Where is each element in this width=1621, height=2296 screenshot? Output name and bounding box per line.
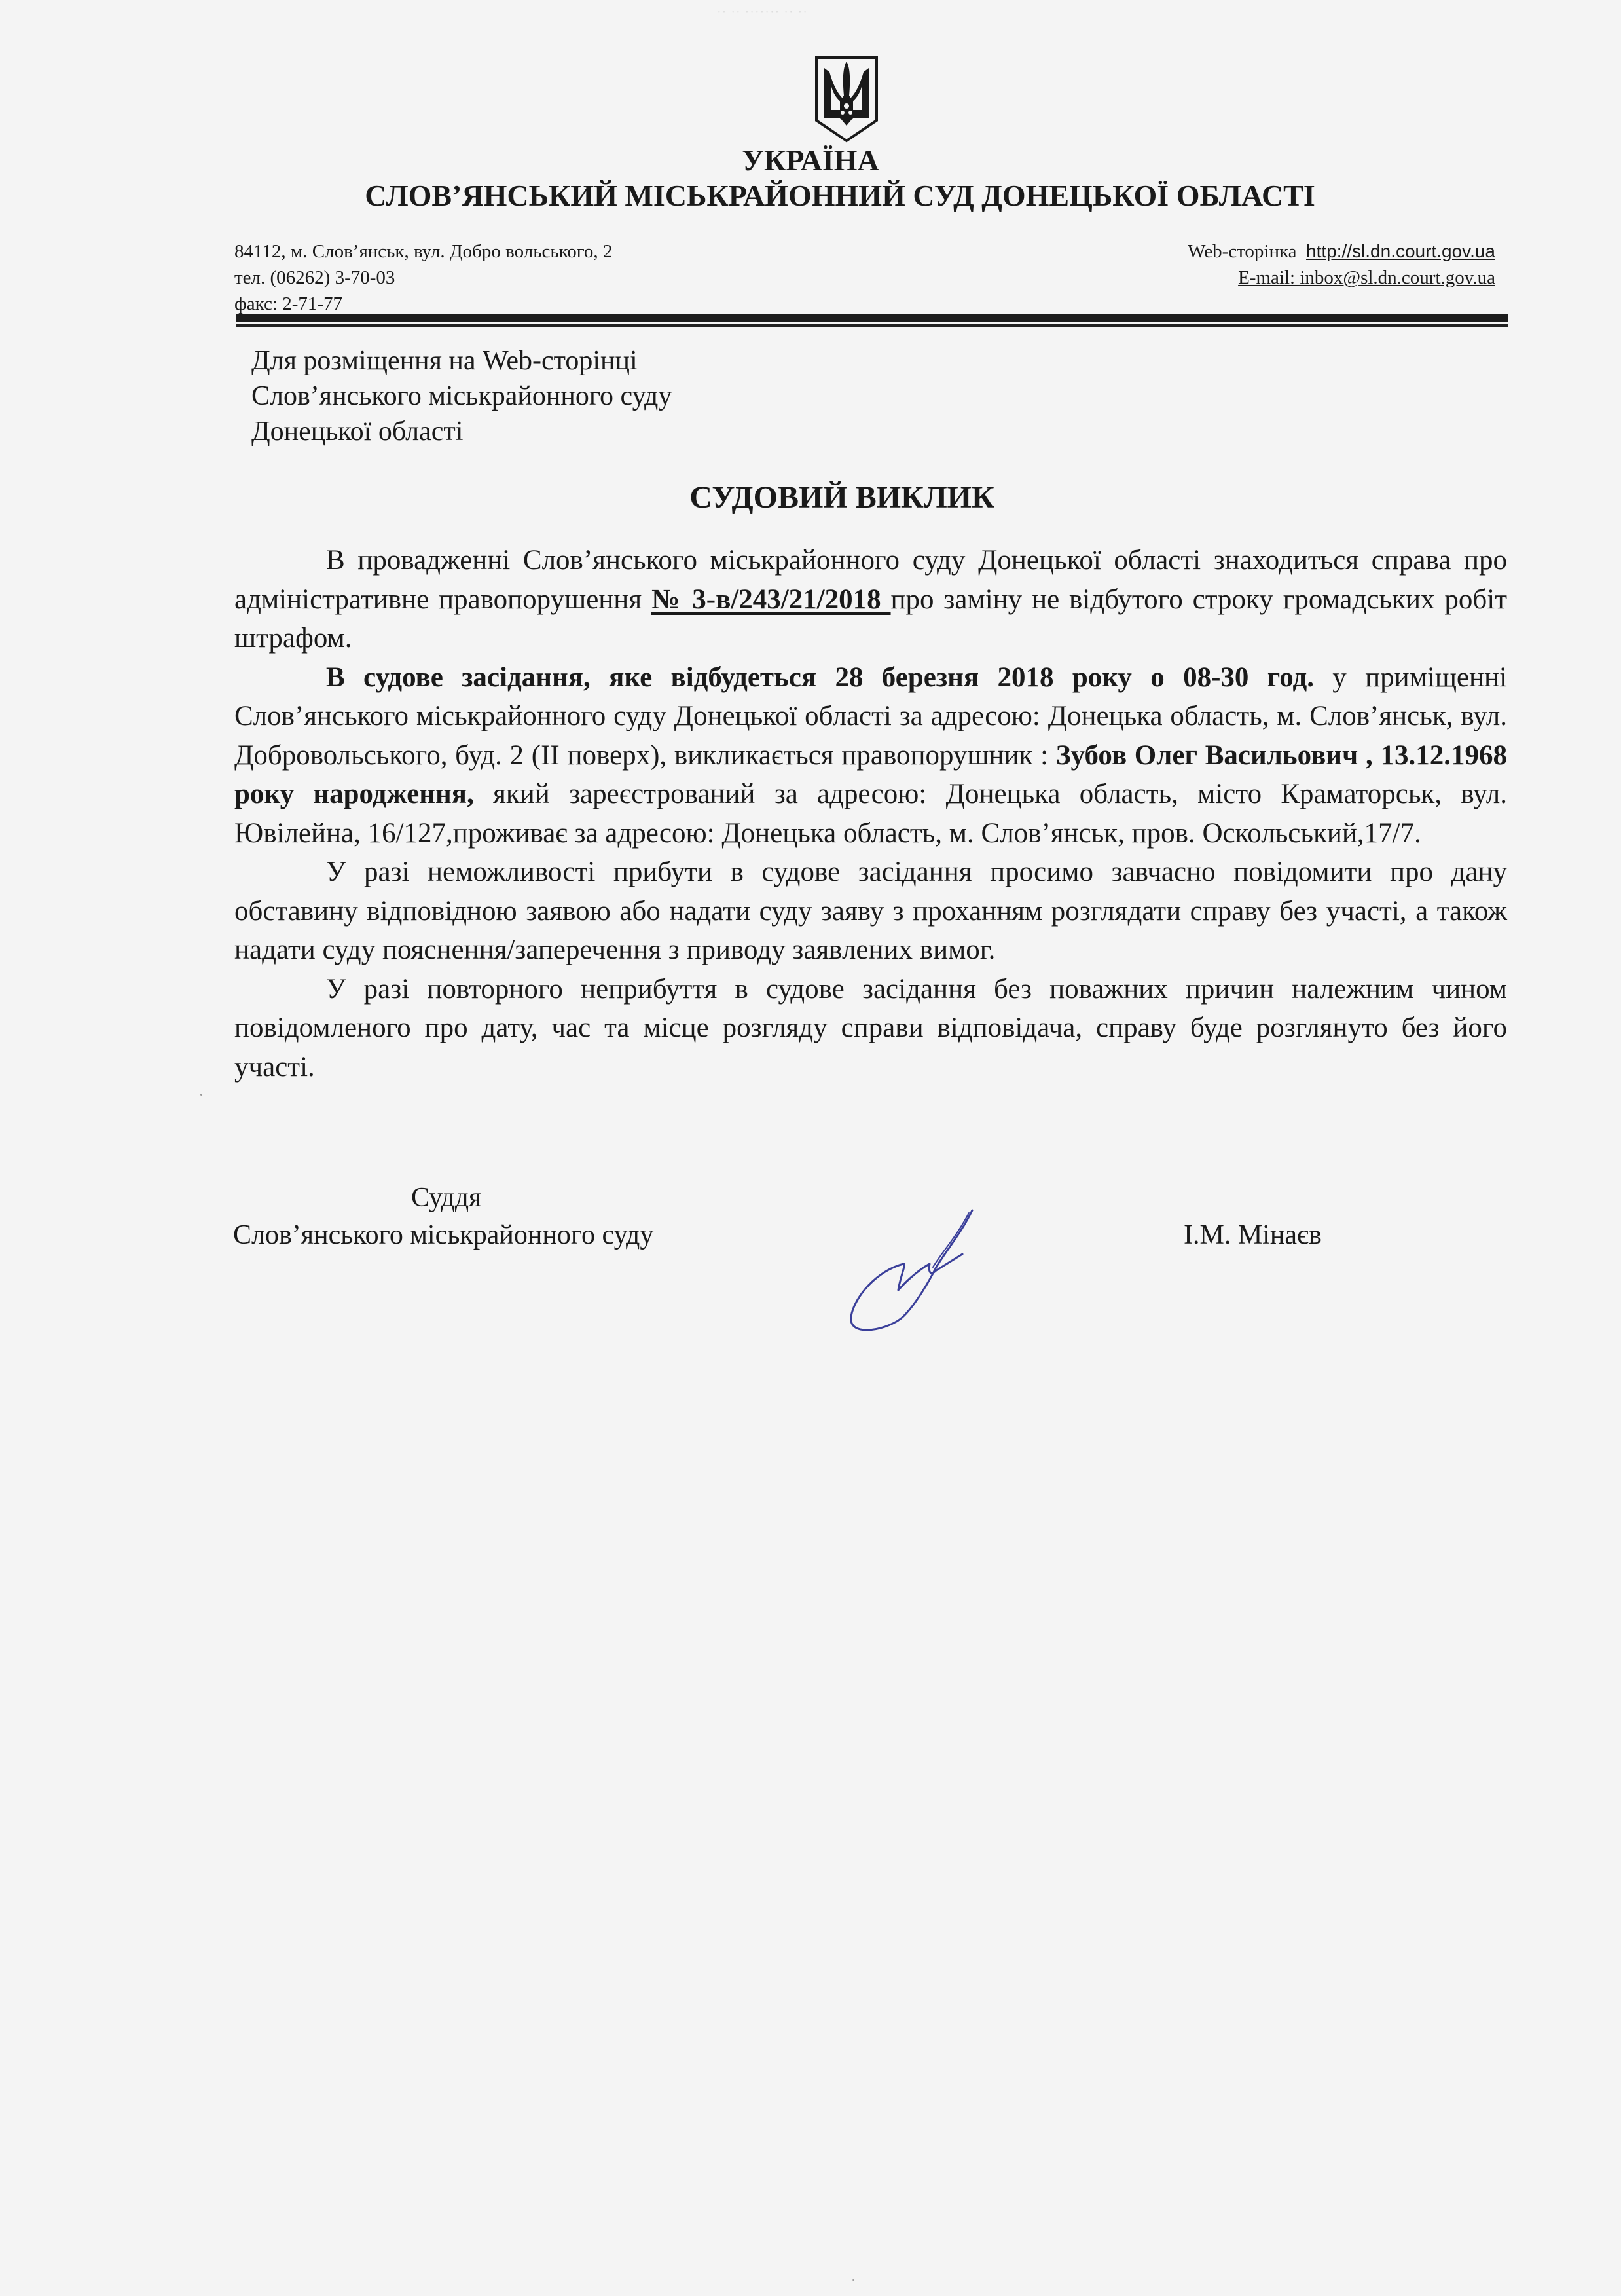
- paragraph-absence-notice: У разі неможливості прибути в судове зас…: [234, 853, 1507, 970]
- court-contacts-left: 84112, м. Слов’янськ, вул. Добро вольськ…: [234, 238, 612, 317]
- recipient-block: Для розміщення на Web-сторінці Слов’янсь…: [251, 343, 672, 449]
- coat-of-arms-trident-icon: [814, 55, 879, 143]
- faint-scan-mark: ·· ·· ······· ·· ··: [717, 5, 808, 20]
- scan-speck: [852, 2279, 854, 2281]
- signer-name: І.М. Мінаєв: [1184, 1219, 1322, 1251]
- recipient-line: Слов’янського міськрайонного суду: [251, 379, 672, 414]
- paragraph-hearing: В судове засідання, яке відбудеться 28 б…: [234, 658, 1507, 853]
- case-number: № 3-в/243/21/2018: [651, 584, 891, 615]
- paragraph-repeat-absence: У разі повторного неприбуття в судове за…: [234, 970, 1507, 1087]
- website-link[interactable]: http://sl.dn.court.gov.ua: [1306, 241, 1495, 261]
- scan-speck: [200, 1094, 202, 1096]
- document-body: В провадженні Слов’янського міськрайонно…: [234, 541, 1507, 1086]
- recipient-line: Донецької області: [251, 414, 672, 449]
- header-divider-thick: [236, 314, 1508, 322]
- hearing-date-time: В судове засідання, яке відбудеться 28 б…: [326, 662, 1314, 693]
- signer-title: Суддя: [411, 1182, 481, 1213]
- email-link[interactable]: E-mail: inbox@sl.dn.court.gov.ua: [1188, 265, 1495, 291]
- phone-number: тел. (06262) 3-70-03: [234, 265, 612, 291]
- paragraph-case-info: В провадженні Слов’янського міськрайонно…: [234, 541, 1507, 658]
- recipient-line: Для розміщення на Web-сторінці: [251, 343, 672, 379]
- court-name-heading: СЛОВ’ЯНСЬКИЙ МІСЬКРАЙОННИЙ СУД ДОНЕЦЬКОЇ…: [0, 178, 1621, 213]
- fax-number: факс: 2-71-77: [234, 291, 612, 317]
- header-divider-thin: [236, 324, 1508, 327]
- signer-court: Слов’янського міськрайонного суду: [233, 1219, 653, 1251]
- website-label: Web-сторінка: [1188, 241, 1296, 262]
- website-line: Web-сторінка http://sl.dn.court.gov.ua: [1188, 238, 1495, 265]
- court-contacts-right: Web-сторінка http://sl.dn.court.gov.ua E…: [1188, 238, 1495, 291]
- handwritten-signature-icon: [838, 1205, 989, 1336]
- postal-address: 84112, м. Слов’янськ, вул. Добро вольськ…: [234, 238, 612, 265]
- document-title: СУДОВИЙ ВИКЛИК: [0, 479, 1621, 515]
- country-heading: УКРАЇНА: [0, 143, 1621, 177]
